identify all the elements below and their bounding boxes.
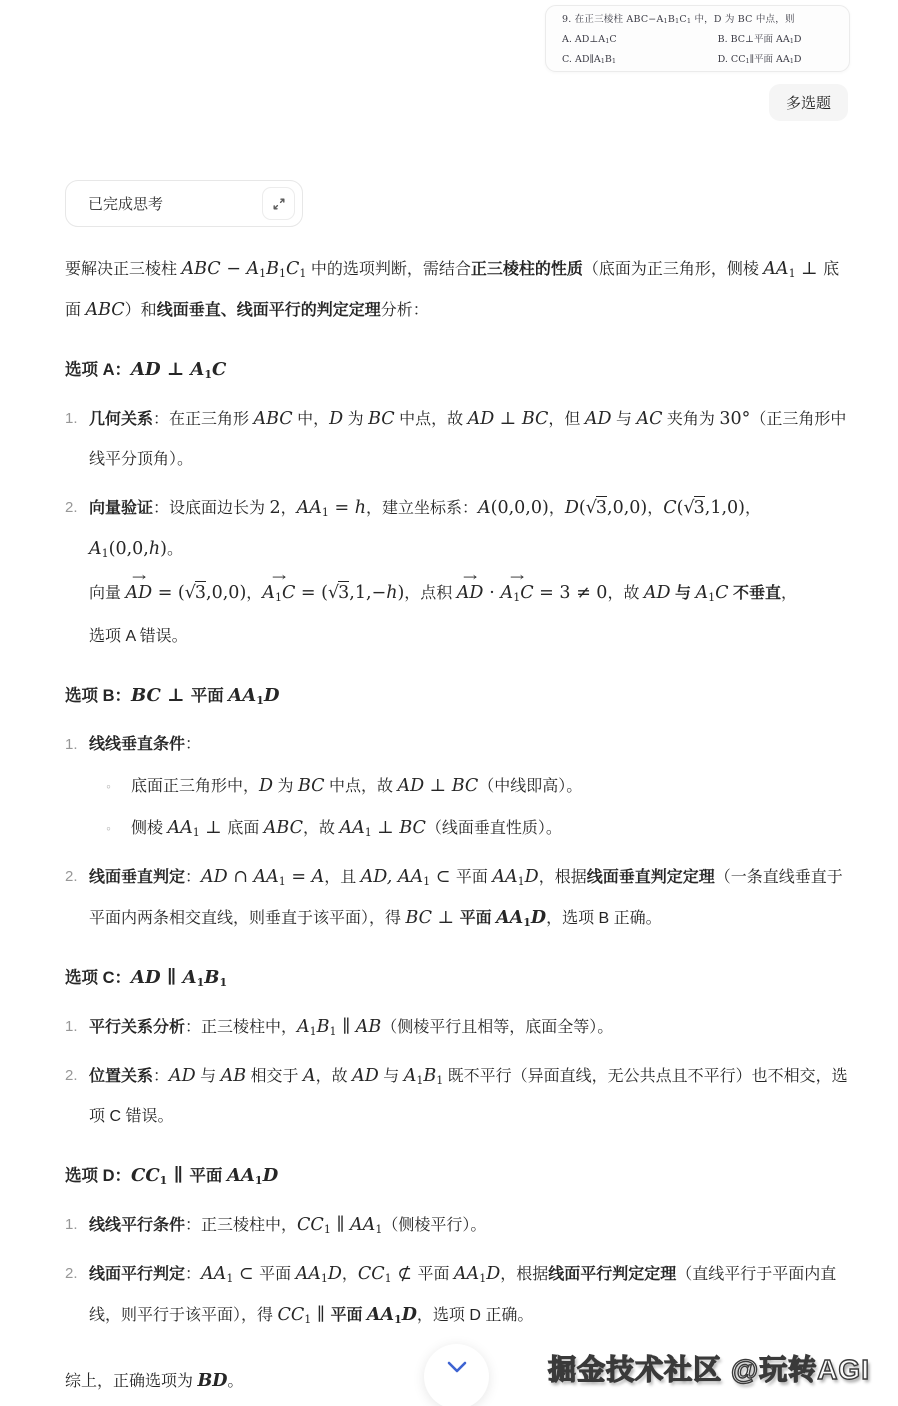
ordered-list-item: 1.线线垂直条件：: [65, 725, 848, 765]
assistant-message: 要解决正三棱柱 ABC − A1B1C1 中的选项判断，需结合正三棱柱的性质（底…: [65, 249, 848, 1402]
section-heading: 选项 A：AD ⊥ A1C: [65, 350, 848, 390]
chevron-down-icon: [447, 1361, 467, 1374]
expand-icon: [272, 197, 286, 211]
bullet-marker: ◦: [106, 808, 131, 849]
thinking-finished-bar[interactable]: 已完成思考: [65, 180, 303, 227]
user-message-text: 多选题: [786, 92, 831, 113]
list-number: 1.: [65, 1205, 89, 1246]
question-option: B. BC⊥平面 AA1D: [718, 35, 835, 45]
thinking-finished-label: 已完成思考: [88, 193, 163, 214]
expand-thinking-button[interactable]: [262, 187, 295, 220]
list-number: 1.: [65, 725, 89, 765]
scroll-to-bottom-button[interactable]: [424, 1344, 489, 1406]
question-title: 9. 在正三棱柱 ABC−A1B1C1 中，D 为 BC 中点，则: [562, 15, 835, 25]
list-number: 2.: [65, 1056, 89, 1137]
item-continuation: 选项 A 错误。: [89, 617, 848, 657]
list-number: 1.: [65, 1007, 89, 1048]
user-message-bubble: 多选题: [769, 84, 848, 121]
ordered-list-item: 1.线线平行条件：正三棱柱中，CC1 ∥ AA1（侧棱平行）。: [65, 1205, 848, 1246]
section-heading: 选项 B：BC ⊥ 平面 AA1D: [65, 676, 848, 716]
watermark: 掘金技术社区 @玩转AGI: [548, 1348, 870, 1388]
bullet-item: ◦侧棱 AA1 ⊥ 底面 ABC，故 AA1 ⊥ BC（线面垂直性质）。: [106, 808, 848, 849]
list-number: 2.: [65, 1254, 89, 1336]
ordered-list-item: 1.平行关系分析：正三棱柱中，A1B1 ∥ AB（侧棱平行且相等，底面全等）。: [65, 1007, 848, 1048]
ordered-list-item: 2.向量验证：设底面边长为 2，AA1 = h，建立坐标系：A(0,0,0)，D…: [65, 488, 848, 570]
ordered-list-item: 2.线面平行判定：AA1 ⊂ 平面 AA1D，CC1 ⊄ 平面 AA1D，根据线…: [65, 1254, 848, 1336]
list-number: 2.: [65, 857, 89, 939]
section-heading: 选项 C：AD ∥ A1B1: [65, 958, 848, 998]
list-number: 1.: [65, 399, 89, 480]
question-option: C. AD∥A1B1: [562, 55, 718, 65]
bullet-marker: ◦: [106, 766, 131, 807]
question-image-card[interactable]: 9. 在正三棱柱 ABC−A1B1C1 中，D 为 BC 中点，则 A. AD⊥…: [545, 5, 850, 72]
question-option: A. AD⊥A1C: [562, 35, 718, 45]
item-continuation: 向量 AD = (√3,0,0)，A1C = (√3,1,−h)，点积 AD ⋅…: [89, 573, 848, 614]
ordered-list-item: 2.线面垂直判定：AD ∩ AA1 = A，且 AD, AA1 ⊂ 平面 AA1…: [65, 857, 848, 939]
question-option: D. CC1∥平面 AA1D: [718, 55, 835, 65]
question-options: A. AD⊥A1CB. BC⊥平面 AA1DC. AD∥A1B1D. CC1∥平…: [562, 35, 835, 65]
paragraph: 要解决正三棱柱 ABC − A1B1C1 中的选项判断，需结合正三棱柱的性质（底…: [65, 249, 848, 331]
ordered-list-item: 1.几何关系：在正三角形 ABC 中，D 为 BC 中点，故 AD ⊥ BC，但…: [65, 399, 848, 480]
section-heading: 选项 D：CC1 ∥ 平面 AA1D: [65, 1156, 848, 1196]
list-number: 2.: [65, 488, 89, 570]
bullet-item: ◦底面正三角形中，D 为 BC 中点，故 AD ⊥ BC（中线即高）。: [106, 766, 848, 807]
ordered-list-item: 2.位置关系：AD 与 AB 相交于 A，故 AD 与 A1B1 既不平行（异面…: [65, 1056, 848, 1137]
